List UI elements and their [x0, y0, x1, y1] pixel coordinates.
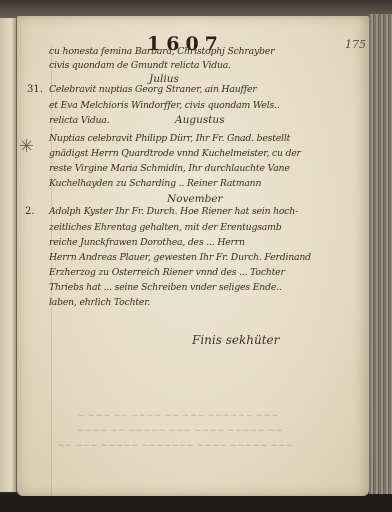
entry-line: Thriebs hat ... seine Schreiben vnder se…	[49, 282, 282, 293]
entry-line: gnädigst Herrn Quardtrode vnnd Kuchelmei…	[49, 148, 301, 159]
entry-line: reste Virgine Maria Schmidin, Ihr durchl…	[49, 163, 290, 174]
month-heading: Augustus	[175, 114, 225, 126]
folio-number: 175	[345, 38, 366, 51]
bleedthrough-text: ~~~~ ~~ ~~~~~ ~~~ ~~~~ ~~~~~ ~~	[77, 426, 283, 436]
entry-line: civis quondam de Gmundt relicta Vidua.	[49, 60, 231, 71]
asterisk-margin-mark: ✳	[19, 136, 34, 157]
left-page-edge	[0, 18, 17, 492]
month-heading: November	[167, 193, 223, 205]
entry-line: Adolph Kyster Ihr Fr. Durch. Hoe Riener …	[49, 206, 298, 217]
bleedthrough-text: ~ ~~~ ~~ ~~~~ ~~ ~~~ ~~~~~~ ~~~	[77, 411, 278, 421]
entry-line: Nuptias celebravit Philipp Dürr, Ihr Fr.…	[49, 133, 290, 144]
entry-line: Kuchelhayden zu Scharding .. Reiner Ratm…	[49, 178, 261, 189]
bleedthrough-text: ~~ ~~~ ~~~~~ ~~~~~~~ ~~~~ ~~~~~ ~~~	[57, 441, 293, 451]
entry-date: 31.	[27, 84, 43, 95]
entry-line: zeitliches Ehrentag gehalten, mit der Er…	[49, 222, 281, 233]
entry-line: laben, ehrlich Tochter.	[49, 297, 150, 308]
entry-line: relicta Vidua.	[49, 115, 110, 126]
page-stack-edge	[369, 14, 392, 494]
entry-line: et Eva Melchioris Windorffer, civis quon…	[49, 100, 280, 111]
entry-line: reiche Junckfrawen Dorothea, des ... Her…	[49, 237, 245, 248]
entry-line: Herrn Andreas Plauer, gewesten Ihr Fr. D…	[49, 252, 311, 263]
entry-line: cu honesta femina Barbara, Christophj Sc…	[49, 46, 274, 57]
entry-line: Erzherzog zu Osterreich Riener vnnd des …	[49, 267, 285, 278]
entry-date: 2.	[25, 206, 35, 217]
manuscript-page: 1607 175 cu honesta femina Barbara, Chri…	[17, 16, 369, 496]
book-bottom-edge	[0, 494, 392, 512]
closing-signature: Finis sekhüter	[192, 333, 279, 347]
entry-line: Celebravit nuptias Georg Straner, ain Ha…	[49, 84, 257, 95]
